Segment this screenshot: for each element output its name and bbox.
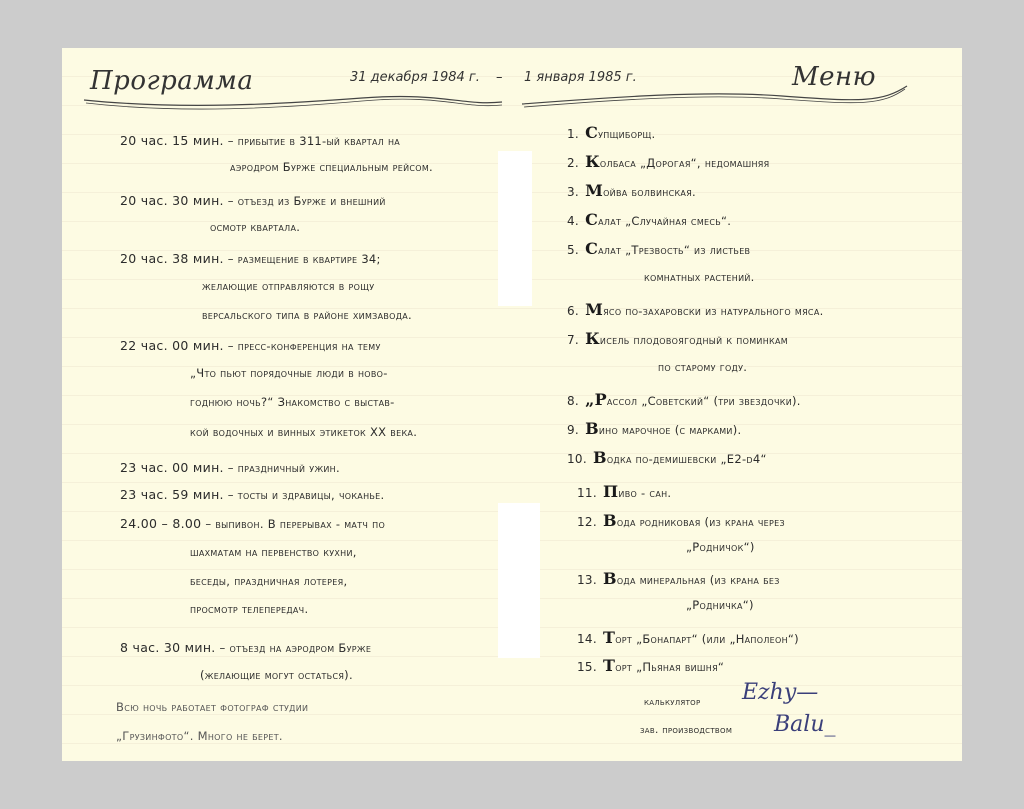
- menu-item: 12.Вода родниковая (из крана через: [577, 511, 785, 530]
- menu-item: 5.Салат „Трезвость“ из листьев: [567, 239, 750, 258]
- menu-item: 4.Салат „Случайная смесь“.: [567, 210, 731, 229]
- menu-item-continued: „Родничка“): [686, 598, 754, 612]
- signature-role-calculator: калькулятор: [644, 696, 701, 708]
- schedule-line: 23 час. 59 мин. – тосты и здравицы, чока…: [120, 487, 385, 502]
- menu-item: 13.Вода минеральная (из крана без: [577, 569, 780, 588]
- menu-item: 8.„Рассол „Советский“ (три звездочки).: [567, 390, 801, 409]
- schedule-line: шахматам на первенство кухни,: [190, 545, 357, 559]
- schedule-line: 24.00 – 8.00 – выпивон. В перерывах - ма…: [120, 516, 385, 531]
- menu-item: 10.Водка по-демишевски „E2-d4“: [567, 448, 767, 467]
- schedule-line: аэродром Бурже специальным рейсом.: [230, 160, 433, 174]
- schedule-line: желающие отправляются в рощу: [202, 279, 374, 293]
- menu-item: 9.Вино марочное (с марками).: [567, 419, 741, 438]
- menu-item: 2.Колбаса „Дорогая“, недомашняя: [567, 152, 770, 171]
- schedule-line: (желающие могут остаться).: [200, 668, 353, 682]
- signature-role-production-head: зав. производством: [640, 724, 732, 736]
- menu-item-continued: комнатных растений.: [644, 270, 755, 284]
- schedule-line: осмотр квартала.: [210, 220, 300, 234]
- menu-item: 6.Мясо по-захаровски из натурального мяс…: [567, 300, 824, 319]
- header-flourish: [62, 78, 962, 118]
- signature-production-head: Balu_: [774, 712, 836, 737]
- schedule-line: беседы, праздничная лотерея,: [190, 574, 347, 588]
- white-patch-bottom: [498, 503, 540, 658]
- schedule-line: версальского типа в районе химзавода.: [202, 308, 412, 322]
- footer-note: Всю ночь работает фотограф студии: [116, 700, 308, 714]
- menu-item: 11.Пиво - сан.: [577, 482, 671, 501]
- footer-note: „Грузинфото“. Много не берет.: [116, 729, 283, 743]
- schedule-line: 20 час. 30 мин. – отъезд из Бурже и внеш…: [120, 193, 386, 208]
- menu-item: 1.Супщиборщ.: [567, 123, 655, 142]
- menu-item-continued: „Родничок“): [686, 540, 755, 554]
- menu-item-continued: по старому году.: [658, 360, 747, 374]
- schedule-line: 8 час. 30 мин. – отъезд на аэродром Бурж…: [120, 640, 371, 655]
- schedule-line: 23 час. 00 мин. – праздничный ужин.: [120, 460, 340, 475]
- white-patch-top: [498, 151, 532, 306]
- menu-item: 15.Торт „Пьяная вишня“: [577, 656, 724, 675]
- schedule-line: 20 час. 15 мин. – прибытие в 311-ый квар…: [120, 133, 400, 148]
- schedule-line: годнюю ночь?“ Знакомство с выстав-: [190, 395, 395, 409]
- schedule-line: 20 час. 38 мин. – размещение в квартире …: [120, 251, 381, 266]
- schedule-line: 22 час. 00 мин. – пресс-конференция на т…: [120, 338, 381, 353]
- schedule-line: „Что пьют порядочные люди в ново-: [190, 366, 388, 380]
- menu-document-spread: Программа 31 декабря 1984 г. – 1 января …: [62, 48, 962, 761]
- signature-calculator: Ezhy—: [742, 680, 818, 705]
- schedule-line: просмотр телепередач.: [190, 602, 308, 616]
- menu-item: 14.Торт „Бонапарт“ (или „Наполеон“): [577, 628, 799, 647]
- menu-item: 7.Кисель плодовоягодный к поминкам: [567, 329, 788, 348]
- menu-item: 3.Мойва болвинская.: [567, 181, 696, 200]
- schedule-line: кой водочных и винных этикеток XX века.: [190, 425, 417, 439]
